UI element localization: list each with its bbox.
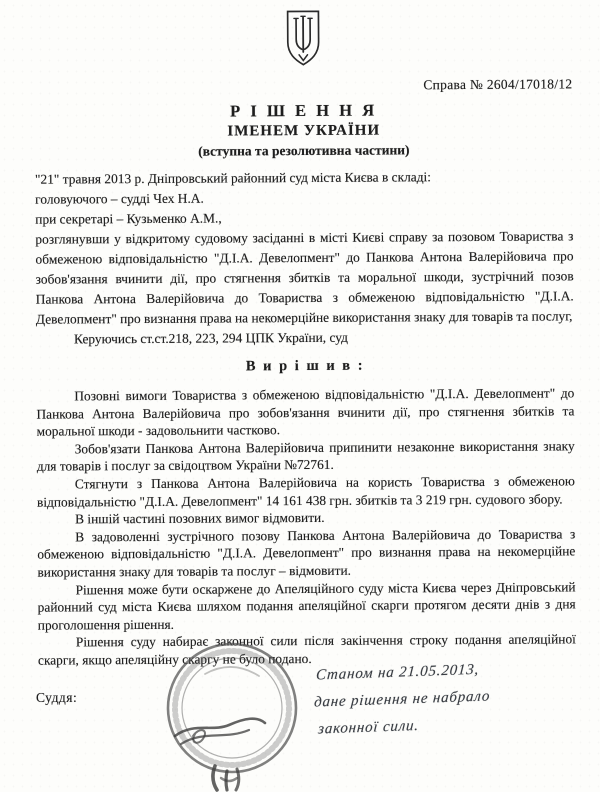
document-title: Р І Ш Е Н Н Я [35, 99, 573, 122]
document-body: Справа № 2604/17018/12 Р І Ш Е Н Н Я ІМЕ… [34, 4, 576, 669]
ruling-paragraph: Стягнути з Панкова Антона Валерійовича н… [37, 472, 575, 510]
intro-case-description: розглянувши у відкритому судовому засіда… [35, 226, 574, 329]
ruling-paragraph: В задоволенні зустрічного позову Панкова… [37, 525, 575, 581]
ukraine-trident-emblem [282, 8, 324, 68]
case-number: Справа № 2604/17018/12 [34, 76, 572, 95]
ruling-section: Позовні вимоги Товариства з обмеженою ві… [36, 384, 576, 669]
judge-signature-label: Суддя: [36, 690, 77, 706]
document-subtitle: ІМЕНЕМ УКРАЇНИ [35, 121, 573, 141]
scanned-court-decision-page: Справа № 2604/17018/12 Р І Ш Е Н Н Я ІМЕ… [0, 0, 600, 792]
ruling-paragraph: Рішення може бути оскаржене до Апеляційн… [37, 578, 575, 634]
ruling-paragraph: Зобов'язати Панкова Антона Валерійовича … [37, 437, 575, 475]
round-court-seal-stamp [156, 638, 308, 792]
ruling-heading: В и р і ш и в : [36, 356, 574, 376]
intro-legal-basis: Керуючись ст.ст.218, 223, 294 ЦПК Україн… [36, 326, 574, 349]
handwritten-note: Станом на 21.05.2013, дане рішення не на… [311, 653, 579, 743]
ruling-paragraph: Позовні вимоги Товариства з обмеженою ві… [36, 384, 574, 440]
document-part-note: (вступна та резолютивна частини) [35, 141, 573, 160]
